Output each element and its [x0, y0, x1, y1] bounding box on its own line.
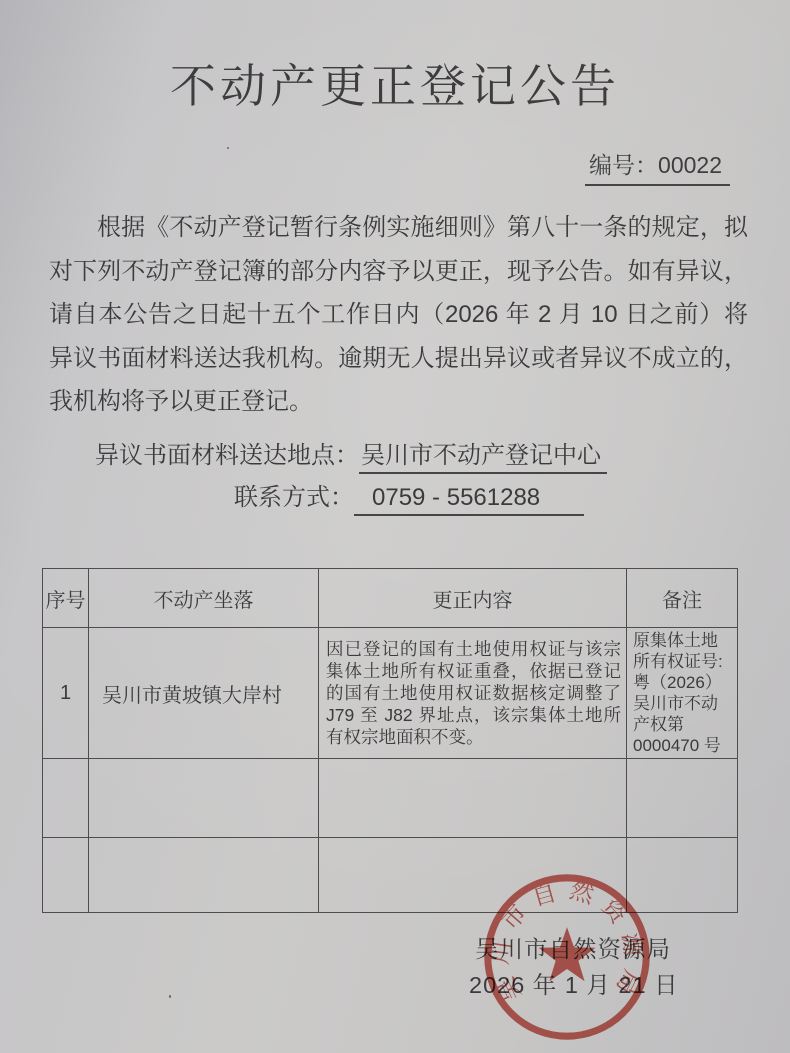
- table-row: [43, 838, 738, 913]
- table-header-row: 序号 不动产坐落 更正内容 备注: [43, 569, 738, 628]
- cell-remark: 原集体土地所有权证号:粤（2026）吴川市不动产权第0000470 号: [627, 628, 738, 759]
- header-location: 不动产坐落: [89, 569, 319, 628]
- announcement-document: 不动产更正登记公告 编号：00022 根据《不动产登记暂行条例实施细则》第八十一…: [0, 0, 790, 1053]
- cell-remark: [627, 838, 738, 913]
- doc-number-label: 编号：: [589, 152, 658, 178]
- cell-remark: [627, 759, 738, 838]
- paper-speck: [590, 81, 593, 86]
- cell-location: [89, 759, 319, 838]
- cell-content: [319, 759, 627, 838]
- table-row: [43, 759, 738, 838]
- delivery-address-label: 异议书面材料送达地点：: [95, 442, 359, 469]
- header-remark: 备注: [627, 569, 738, 628]
- table-row: 1 吴川市黄坡镇大岸村 因已登记的国有土地使用权证与该宗集体土地所有权证重叠，依…: [43, 628, 738, 759]
- contact-value: 0759 - 5561288: [354, 484, 584, 516]
- cell-content: 因已登记的国有土地使用权证与该宗集体土地所有权证重叠，依据已登记的国有土地使用权…: [319, 628, 627, 759]
- paper-speck: [169, 995, 171, 998]
- correction-table: 序号 不动产坐落 更正内容 备注 1 吴川市黄坡镇大岸村 因已登记的国有土地使用…: [42, 568, 738, 913]
- contact-line: 联系方式：0759 - 5561288: [234, 477, 584, 512]
- cell-index: 1: [43, 628, 89, 759]
- contact-label: 联系方式：: [234, 484, 354, 511]
- cell-index: [43, 759, 89, 838]
- paper-speck: [227, 147, 229, 149]
- cell-location: [89, 838, 319, 913]
- cell-index: [43, 838, 89, 913]
- delivery-address-value: 吴川市不动产登记中心: [359, 442, 607, 474]
- page-title: 不动产更正登记公告: [0, 50, 790, 116]
- issue-date: 2026 年 1 月 21 日: [469, 966, 679, 1000]
- cell-content: [319, 838, 627, 913]
- cell-location: 吴川市黄坡镇大岸村: [89, 628, 319, 759]
- header-content: 更正内容: [319, 569, 627, 628]
- announcement-paragraph: 根据《不动产登记暂行条例实施细则》第八十一条的规定，拟对下列不动产登记簿的部分内…: [49, 206, 748, 424]
- doc-number: 编号：00022: [585, 147, 730, 186]
- header-index: 序号: [43, 569, 89, 628]
- delivery-address-line: 异议书面材料送达地点：吴川市不动产登记中心: [95, 435, 607, 470]
- doc-number-value: 00022: [658, 152, 722, 178]
- issuing-authority: 吴川市自然资源局: [475, 930, 671, 964]
